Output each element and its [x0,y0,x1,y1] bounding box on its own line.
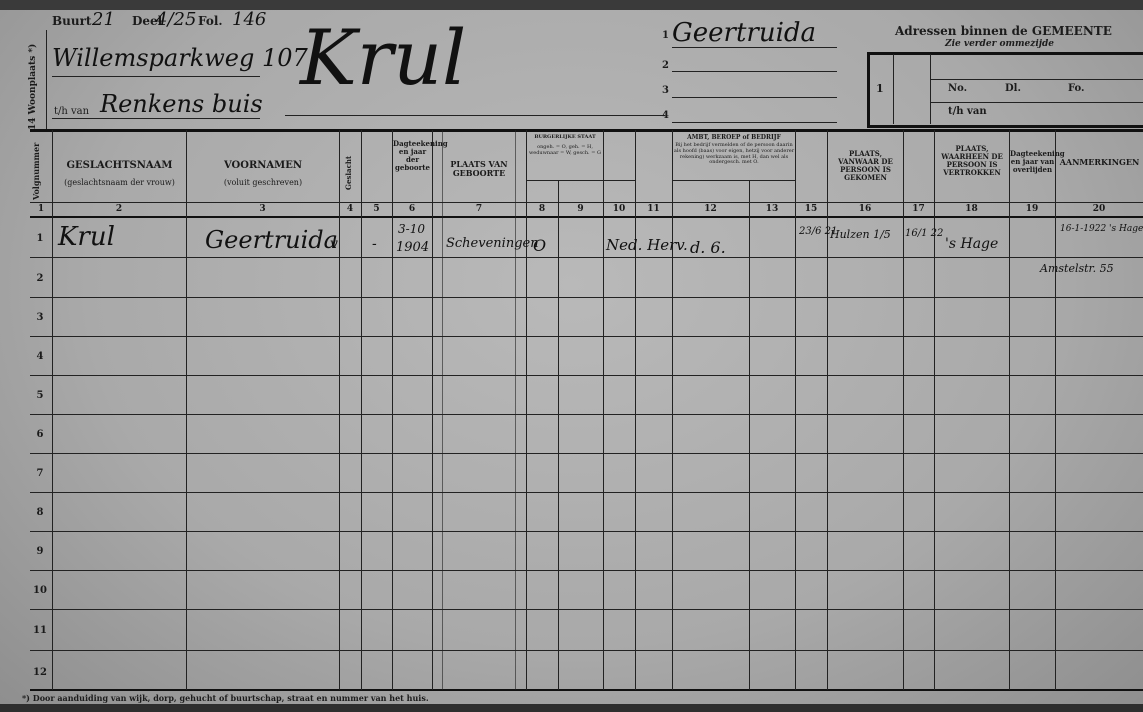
table-bottom-border [30,689,1143,691]
col-header-16: PLAATS, VANWAAR DE PERSOON IS GEKOMEN [828,150,903,182]
register-card: Buurt 21 Deel 4/25 Fol. 146 14 Woonplaat… [0,0,1143,712]
row1-religion: Ned. Herv. [606,236,688,254]
col-line [1009,130,1010,690]
divider [672,180,795,181]
col-line [603,130,604,690]
row-line [30,650,1143,651]
col-line [827,130,828,690]
col-line [392,130,393,690]
given-name-1: Geertruida [672,18,816,48]
row-num: 4 [30,351,50,362]
col-num: 12 [672,204,749,214]
row-num: 3 [30,312,50,323]
row1-remarks-2: Amstelstr. 55 [1040,262,1114,275]
col-line [186,130,187,690]
col-line [934,130,935,690]
row-num: 5 [30,390,50,401]
folio-value: 146 [232,9,266,30]
col-num: 3 [186,204,339,214]
scan-edge-bottom [0,704,1143,712]
col-line [432,130,433,690]
row1-relation: - [372,236,377,252]
row1-birth-date: 3-10 [398,222,425,236]
row-line [30,336,1143,337]
address-tih-van-label: t/h van [948,106,987,117]
col-line [526,130,527,690]
divider [893,54,894,124]
col-line [672,130,673,690]
beroep-note: Bij het bedrijf vermelden of de persoon … [673,143,795,166]
col-line [635,130,636,690]
row1-birth-year: 1904 [396,240,429,255]
col-header-8: BURGERLIJKE STAAT [527,135,603,141]
deel-value: 4/25 [156,9,196,30]
col-header-20: AANMERKINGEN [1056,158,1143,167]
row-line [30,297,1143,298]
row-num: 8 [30,507,50,518]
folio-label: Fol. [198,14,223,28]
row-num: 10 [30,585,50,596]
row1-sex: v [330,236,338,252]
divider [672,71,837,72]
row1-deregistration-date: 16/1 22 [905,228,943,239]
divider [930,54,931,124]
row-num: 11 [30,625,50,636]
row-num: 9 [30,546,50,557]
row-num: 2 [30,273,50,284]
dl-label: Dl. [1005,83,1021,94]
address-box-subtitle: Zie verder ommezijde [945,39,1054,49]
street-address: Willemsparkweg 107 [52,44,308,72]
header-bottom-border [30,216,1143,218]
divider [46,30,47,130]
col-num: 8 [526,204,558,214]
row1-birthplace: Scheveningen [446,236,539,251]
col-header-7: PLAATS VAN GEBOORTE [443,160,515,178]
divider [930,79,1143,80]
row-num: 1 [30,233,50,244]
address-box-title: Adressen binnen de GEMEENTE [895,24,1112,38]
col-header-2-sub: (geslachtsnaam der vrouw) [53,178,186,187]
footnote: *) Door aanduiding van wijk, dorp, gehuc… [22,693,429,703]
col-line [1055,130,1056,690]
divider [672,97,837,98]
row-line [30,570,1143,571]
row-line [30,492,1143,493]
col-num: 2 [52,204,186,214]
col-header-6: Dagteekening en jaar der geboorte [393,140,432,172]
row1-civil-status: O [533,236,546,255]
col-header-12: AMBT, BEROEP of BEDRIJF [673,135,795,142]
row1-occupation: d. 6. [690,238,726,257]
given-name-num: 3 [662,85,669,96]
col-num: 13 [749,204,795,214]
col-header-3-sub: (voluit geschreven) [187,178,339,187]
row-line [30,609,1143,610]
tih-van-label: t/h van [54,106,89,117]
col-num: 9 [558,204,603,214]
no-label: No. [948,83,967,94]
given-name-num: 4 [662,110,669,121]
row-num: 6 [30,429,50,440]
buurt-label: Buurt [52,14,91,28]
given-name-num: 1 [662,30,669,41]
row-line [30,453,1143,454]
row-num: 7 [30,468,50,479]
col-num: 10 [603,204,635,214]
col-num: 19 [1009,204,1055,214]
address-row-num: 1 [876,82,884,95]
buurt-value: 21 [92,9,115,30]
col-num: 20 [1055,204,1143,214]
row1-remarks: 16-1-1922 's Hage [1060,224,1143,234]
row1-to-place: 's Hage [945,236,998,252]
col-num: 18 [934,204,1009,214]
col-num: 17 [903,204,934,214]
row-line [30,531,1143,532]
divider [930,102,1143,103]
surname-large: Krul [300,20,466,96]
divider [526,180,635,181]
col-header-4: Geslacht [344,156,353,190]
col-num: 5 [361,204,392,214]
col-header-3: VOORNAMEN [187,160,339,172]
given-name-num: 2 [662,60,669,71]
col-line [515,130,516,690]
col-line [361,130,362,690]
divider [672,122,837,123]
col-header-18: PLAATS, WAARHEEN DE PERSOON IS VERTROKKE… [935,145,1009,177]
burgerlijke-staat-note: ongeh. = O, geh. = H, weduwnaar = W, ges… [527,145,603,157]
col-header-1: Volgnummer [31,143,41,200]
col-num: 16 [827,204,903,214]
row-num: 12 [30,667,50,678]
col-line [903,130,904,690]
col-num: 7 [432,204,526,214]
woonplaats-label: 14 Woonplaats *) [28,44,38,130]
row1-given-names: Geertruida [205,226,338,254]
tih-van-value: Renkens buis [100,90,263,118]
col-line [339,130,340,690]
colnum-divider [30,202,1143,203]
row-line [30,375,1143,376]
table-top-border [30,129,1143,132]
row-line [30,414,1143,415]
col-line [52,130,53,690]
fo-label: Fo. [1068,83,1085,94]
divider [285,115,665,116]
col-line [795,130,796,690]
row1-from-place: Hulzen 1/5 [830,228,891,241]
row-line [30,257,1143,258]
col-header-2: GESLACHTSNAAM [53,160,186,172]
col-num: 6 [392,204,432,214]
col-line [442,130,443,690]
col-num: 4 [339,204,361,214]
divider [52,76,260,77]
col-header-19: Dagteekening en jaar van overlijden [1010,150,1055,174]
col-num: 1 [30,204,52,214]
col-num: 15 [795,204,827,214]
divider [672,47,837,48]
col-num: 11 [635,204,672,214]
row1-surname: Krul [58,222,115,252]
divider [52,118,260,119]
